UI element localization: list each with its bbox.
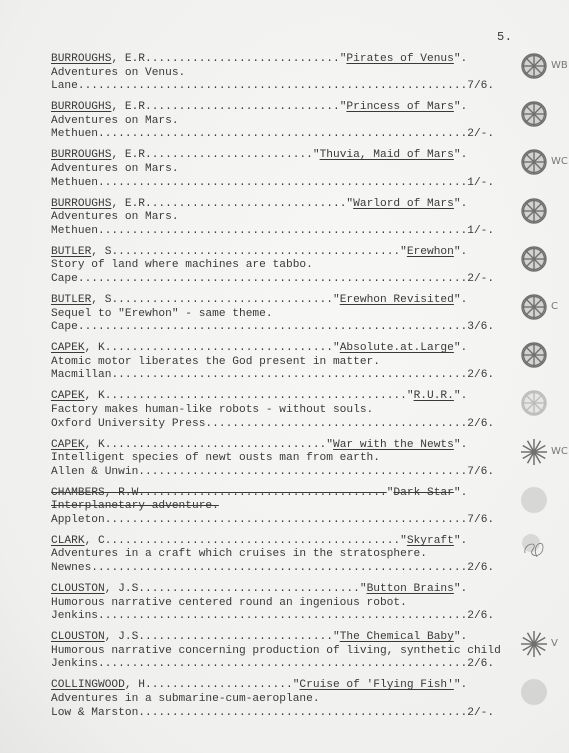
book-entry: COLLINGWOOD, H......................"Cru… (51, 679, 513, 727)
price: 2/6. (467, 658, 494, 670)
book-title: Princess of Mars (346, 101, 453, 113)
leader-dots: ........................................… (98, 177, 467, 189)
publisher: Methuen (51, 128, 98, 140)
book-title: Cruise of 'Flying Fish' (299, 679, 453, 691)
publisher: Lane (51, 80, 78, 92)
publisher-line: Cape....................................… (51, 321, 513, 335)
title-quote: " (407, 390, 414, 402)
price: 1/-. (467, 177, 494, 189)
book-description: Story of land where machines are tabbo. (51, 259, 513, 273)
book-entry: BUTLER, S...............................… (51, 246, 513, 294)
price: 2/6. (467, 369, 494, 381)
author-surname: BURROUGHS (51, 53, 111, 65)
book-description: Adventures on Mars. (51, 115, 513, 129)
book-description: Adventures in a craft which cruises in t… (51, 548, 513, 562)
title-quote: " (313, 149, 320, 161)
publisher-line: Methuen.................................… (51, 225, 513, 239)
author-initials: , E.R.............................. (111, 198, 346, 210)
author-initials: , K................................. (85, 439, 327, 451)
leader-dots: ........................................… (78, 273, 467, 285)
title-quote: " (333, 631, 340, 643)
title-end: ". (454, 631, 467, 643)
author-initials: , K.................................. (85, 342, 333, 354)
title-quote: " (400, 535, 407, 547)
title-quote: " (400, 246, 407, 258)
title-end: ". (454, 342, 467, 354)
book-entry-list: BURROUGHS, E.R..........................… (51, 53, 513, 728)
publisher: Appleton (51, 514, 105, 526)
publisher-line: Jenkins.................................… (51, 610, 513, 624)
entry-heading-line: BURROUGHS, E.R..........................… (51, 53, 513, 67)
book-entry: CAPEK, K................................… (51, 390, 513, 438)
pencil-wheel-faint-icon (519, 388, 549, 418)
publisher-line: Lane....................................… (51, 80, 513, 94)
author-initials: , E.R............................. (111, 101, 339, 113)
author-initials: , S................................. (91, 294, 333, 306)
pencil-annotation: C (551, 300, 558, 314)
pencil-smudge-icon (519, 485, 549, 515)
publisher-line: Jenkins.................................… (51, 658, 513, 672)
typed-page: 5. BURROUGHS, E.R.......................… (0, 0, 569, 753)
pencil-annotation: WB (551, 59, 568, 73)
title-end: ". (454, 149, 467, 161)
price: 2/6. (467, 418, 494, 430)
entry-heading-line: CAPEK, K................................… (51, 390, 513, 404)
book-description: Adventures on Mars. (51, 163, 513, 177)
book-entry: BUTLER, S...............................… (51, 294, 513, 342)
title-end: ". (454, 583, 467, 595)
pencil-wheel-icon (519, 147, 549, 177)
entry-heading-line: COLLINGWOOD, H......................"Cru… (51, 679, 513, 693)
publisher: Newnes (51, 562, 91, 574)
publisher-line: Allen & Unwin...........................… (51, 466, 513, 480)
book-title: R.U.R. (414, 390, 454, 402)
price: 3/6. (467, 321, 494, 333)
pencil-smudge-icon (519, 677, 549, 707)
leader-dots: ........................................… (91, 562, 467, 574)
entry-heading-line: BUTLER, S...............................… (51, 294, 513, 308)
publisher-line: Methuen.................................… (51, 177, 513, 191)
author-surname: CLOUSTON (51, 583, 105, 595)
price: 7/6. (467, 514, 494, 526)
entry-heading-line: CHAMBERS, R.W...........................… (51, 487, 513, 501)
pencil-asterisk-icon (519, 629, 549, 659)
pencil-wheel-icon (519, 196, 549, 226)
publisher: Methuen (51, 225, 98, 237)
publisher: Cape (51, 273, 78, 285)
author-initials: , R.W...................................… (105, 487, 387, 499)
book-description: Factory makes human-like robots - withou… (51, 404, 513, 418)
pencil-annotation: V (551, 637, 558, 651)
publisher-line: Appleton................................… (51, 514, 513, 528)
entry-heading-line: BURROUGHS, E.R........................."… (51, 149, 513, 163)
leader-dots: ........................................… (98, 128, 467, 140)
book-title: Erewhon Revisited (340, 294, 454, 306)
leader-dots: ....................................... (205, 418, 467, 430)
book-entry: CAPEK, K................................… (51, 342, 513, 390)
entry-heading-line: CAPEK, K................................… (51, 439, 513, 453)
author-initials: , C.....................................… (85, 535, 401, 547)
title-end: ". (454, 487, 467, 499)
book-description: Interplanetary adventure. (51, 500, 513, 514)
author-initials: , E.R............................. (111, 53, 339, 65)
title-quote: " (326, 439, 333, 451)
entry-heading-line: CLARK, C................................… (51, 535, 513, 549)
book-description: Humorous narrative concerning production… (51, 645, 513, 659)
book-entry: BURROUGHS, E.R..........................… (51, 53, 513, 101)
book-entry: CAPEK, K................................… (51, 439, 513, 487)
book-title: Erewhon (407, 246, 454, 258)
entry-heading-line: BURROUGHS, E.R..........................… (51, 101, 513, 115)
publisher: Jenkins (51, 658, 98, 670)
title-end: ". (454, 439, 467, 451)
book-entry: CLOUSTON, J.S...........................… (51, 631, 513, 679)
publisher: Low & Marston (51, 707, 138, 719)
price: 2/-. (467, 273, 494, 285)
entry-heading-line: BUTLER, S...............................… (51, 246, 513, 260)
author-initials: , J.S................................. (105, 583, 360, 595)
publisher-line: Cape....................................… (51, 273, 513, 287)
entry-heading-line: CLOUSTON, J.S...........................… (51, 583, 513, 597)
price: 7/6. (467, 80, 494, 92)
price: 7/6. (467, 466, 494, 478)
book-title: Warlord of Mars (353, 198, 454, 210)
author-surname: CHAMBERS (51, 487, 105, 499)
title-end: ". (454, 198, 467, 210)
book-title: The Chemical Baby (340, 631, 454, 643)
pencil-wheel-icon (519, 51, 549, 81)
title-end: ". (454, 246, 467, 258)
book-description: Sequel to "Erewhon" - same theme. (51, 308, 513, 322)
leader-dots: ........................................… (78, 80, 467, 92)
author-surname: CAPEK (51, 342, 85, 354)
author-initials: , H...................... (125, 679, 293, 691)
author-surname: BURROUGHS (51, 198, 111, 210)
publisher: Jenkins (51, 610, 98, 622)
author-initials: , J.S............................. (105, 631, 333, 643)
book-title: War with the Newts (333, 439, 454, 451)
pencil-annotation: WC (551, 445, 568, 459)
book-entry: BURROUGHS, E.R........................."… (51, 149, 513, 197)
book-description: Adventures in a submarine-cum-aeroplane. (51, 693, 513, 707)
title-end: ". (454, 294, 467, 306)
publisher-line: Oxford University Press.................… (51, 418, 513, 432)
book-description: Atomic motor liberates the God present i… (51, 356, 513, 370)
pencil-asterisk-icon (519, 437, 549, 467)
page-number: 5. (497, 30, 512, 44)
leader-dots: ........................................… (138, 466, 467, 478)
book-description: Intelligent species of newt ousts man fr… (51, 452, 513, 466)
publisher: Oxford University Press (51, 418, 205, 430)
title-end: ". (454, 679, 467, 691)
leader-dots: ........................................… (98, 225, 467, 237)
book-title: Skyraft (407, 535, 454, 547)
book-entry: CHAMBERS, R.W...........................… (51, 487, 513, 535)
leader-dots: ........................................… (138, 707, 467, 719)
title-end: ". (454, 101, 467, 113)
price: 2/-. (467, 707, 494, 719)
author-surname: CAPEK (51, 390, 85, 402)
book-title: Dark Star (393, 487, 453, 499)
title-end: ". (454, 390, 467, 402)
pencil-wheel-icon (519, 99, 549, 129)
publisher: Cape (51, 321, 78, 333)
leader-dots: ........................................… (111, 369, 467, 381)
author-surname: BURROUGHS (51, 101, 111, 113)
price: 2/-. (467, 128, 494, 140)
title-end: ". (454, 535, 467, 547)
title-quote: " (333, 294, 340, 306)
leader-dots: ........................................… (105, 514, 468, 526)
book-title: Pirates of Venus (346, 53, 453, 65)
author-initials: , S.....................................… (91, 246, 400, 258)
author-initials: , K.....................................… (85, 390, 407, 402)
book-entry: BURROUGHS, E.R..........................… (51, 101, 513, 149)
title-quote: " (333, 342, 340, 354)
author-surname: COLLINGWOOD (51, 679, 125, 691)
pencil-wheel-icon (519, 340, 549, 370)
publisher: Allen & Unwin (51, 466, 138, 478)
entry-heading-line: BURROUGHS, E.R..........................… (51, 198, 513, 212)
pencil-wheel-icon (519, 244, 549, 274)
publisher-line: Newnes..................................… (51, 562, 513, 576)
book-entry: CLOUSTON, J.S...........................… (51, 583, 513, 631)
author-surname: BUTLER (51, 294, 91, 306)
book-description: Adventures on Mars. (51, 211, 513, 225)
entry-heading-line: CAPEK, K................................… (51, 342, 513, 356)
author-surname: BURROUGHS (51, 149, 111, 161)
book-title: Thuvia, Maid of Mars (320, 149, 454, 161)
publisher-line: Low & Marston...........................… (51, 707, 513, 721)
publisher-line: Macmillan...............................… (51, 369, 513, 383)
title-quote: " (360, 583, 367, 595)
pencil-annotation: WC (551, 155, 568, 169)
book-entry: BURROUGHS, E.R..........................… (51, 198, 513, 246)
book-title: Absolute.at.Large (340, 342, 454, 354)
price: 1/-. (467, 225, 494, 237)
book-description: Adventures on Venus. (51, 67, 513, 81)
book-description: Humorous narrative centered round an ing… (51, 597, 513, 611)
entry-heading-line: CLOUSTON, J.S...........................… (51, 631, 513, 645)
pencil-scribble-icon (519, 533, 549, 563)
author-initials: , E.R......................... (111, 149, 312, 161)
author-surname: CLOUSTON (51, 631, 105, 643)
price: 2/6. (467, 562, 494, 574)
title-end: ". (454, 53, 467, 65)
price: 2/6. (467, 610, 494, 622)
book-entry: CLARK, C................................… (51, 535, 513, 583)
leader-dots: ........................................… (78, 321, 467, 333)
publisher-line: Methuen.................................… (51, 128, 513, 142)
leader-dots: ........................................… (98, 658, 467, 670)
leader-dots: ........................................… (98, 610, 467, 622)
book-title: Button Brains (367, 583, 454, 595)
author-surname: CAPEK (51, 439, 85, 451)
pencil-wheel-icon (519, 292, 549, 322)
publisher: Macmillan (51, 369, 111, 381)
publisher: Methuen (51, 177, 98, 189)
author-surname: BUTLER (51, 246, 91, 258)
author-surname: CLARK (51, 535, 85, 547)
